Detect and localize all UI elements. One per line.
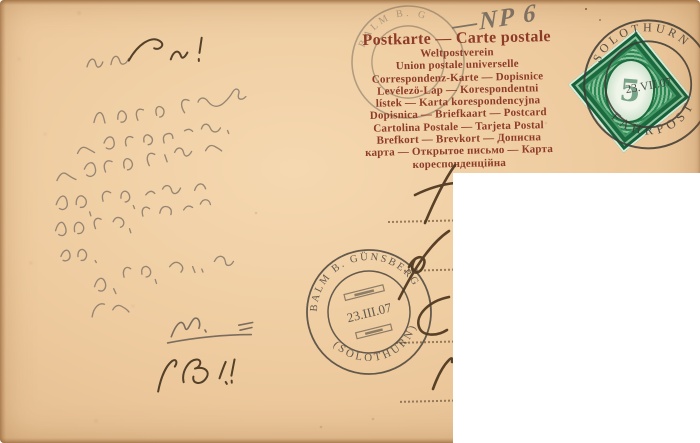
handwritten-shorthand-message — [25, 15, 465, 430]
address-ink-initials — [399, 165, 455, 389]
shorthand-ink-flourish — [128, 36, 236, 392]
scan-cutout-area — [453, 173, 700, 443]
foxing-spots — [0, 0, 2, 2]
svg-text:FAHRPOST: FAHRPOST — [607, 95, 700, 145]
postcard-scan: BALM B. G Postkarte — Carte postale Welt… — [0, 0, 700, 443]
fahrpost-cancel-date: 23.VII.07 — [624, 74, 672, 96]
shorthand-signature-mark — [166, 315, 253, 343]
fahrpost-cancel-service: FAHRPOST — [607, 95, 700, 145]
shorthand-pencil-lines — [47, 50, 257, 319]
